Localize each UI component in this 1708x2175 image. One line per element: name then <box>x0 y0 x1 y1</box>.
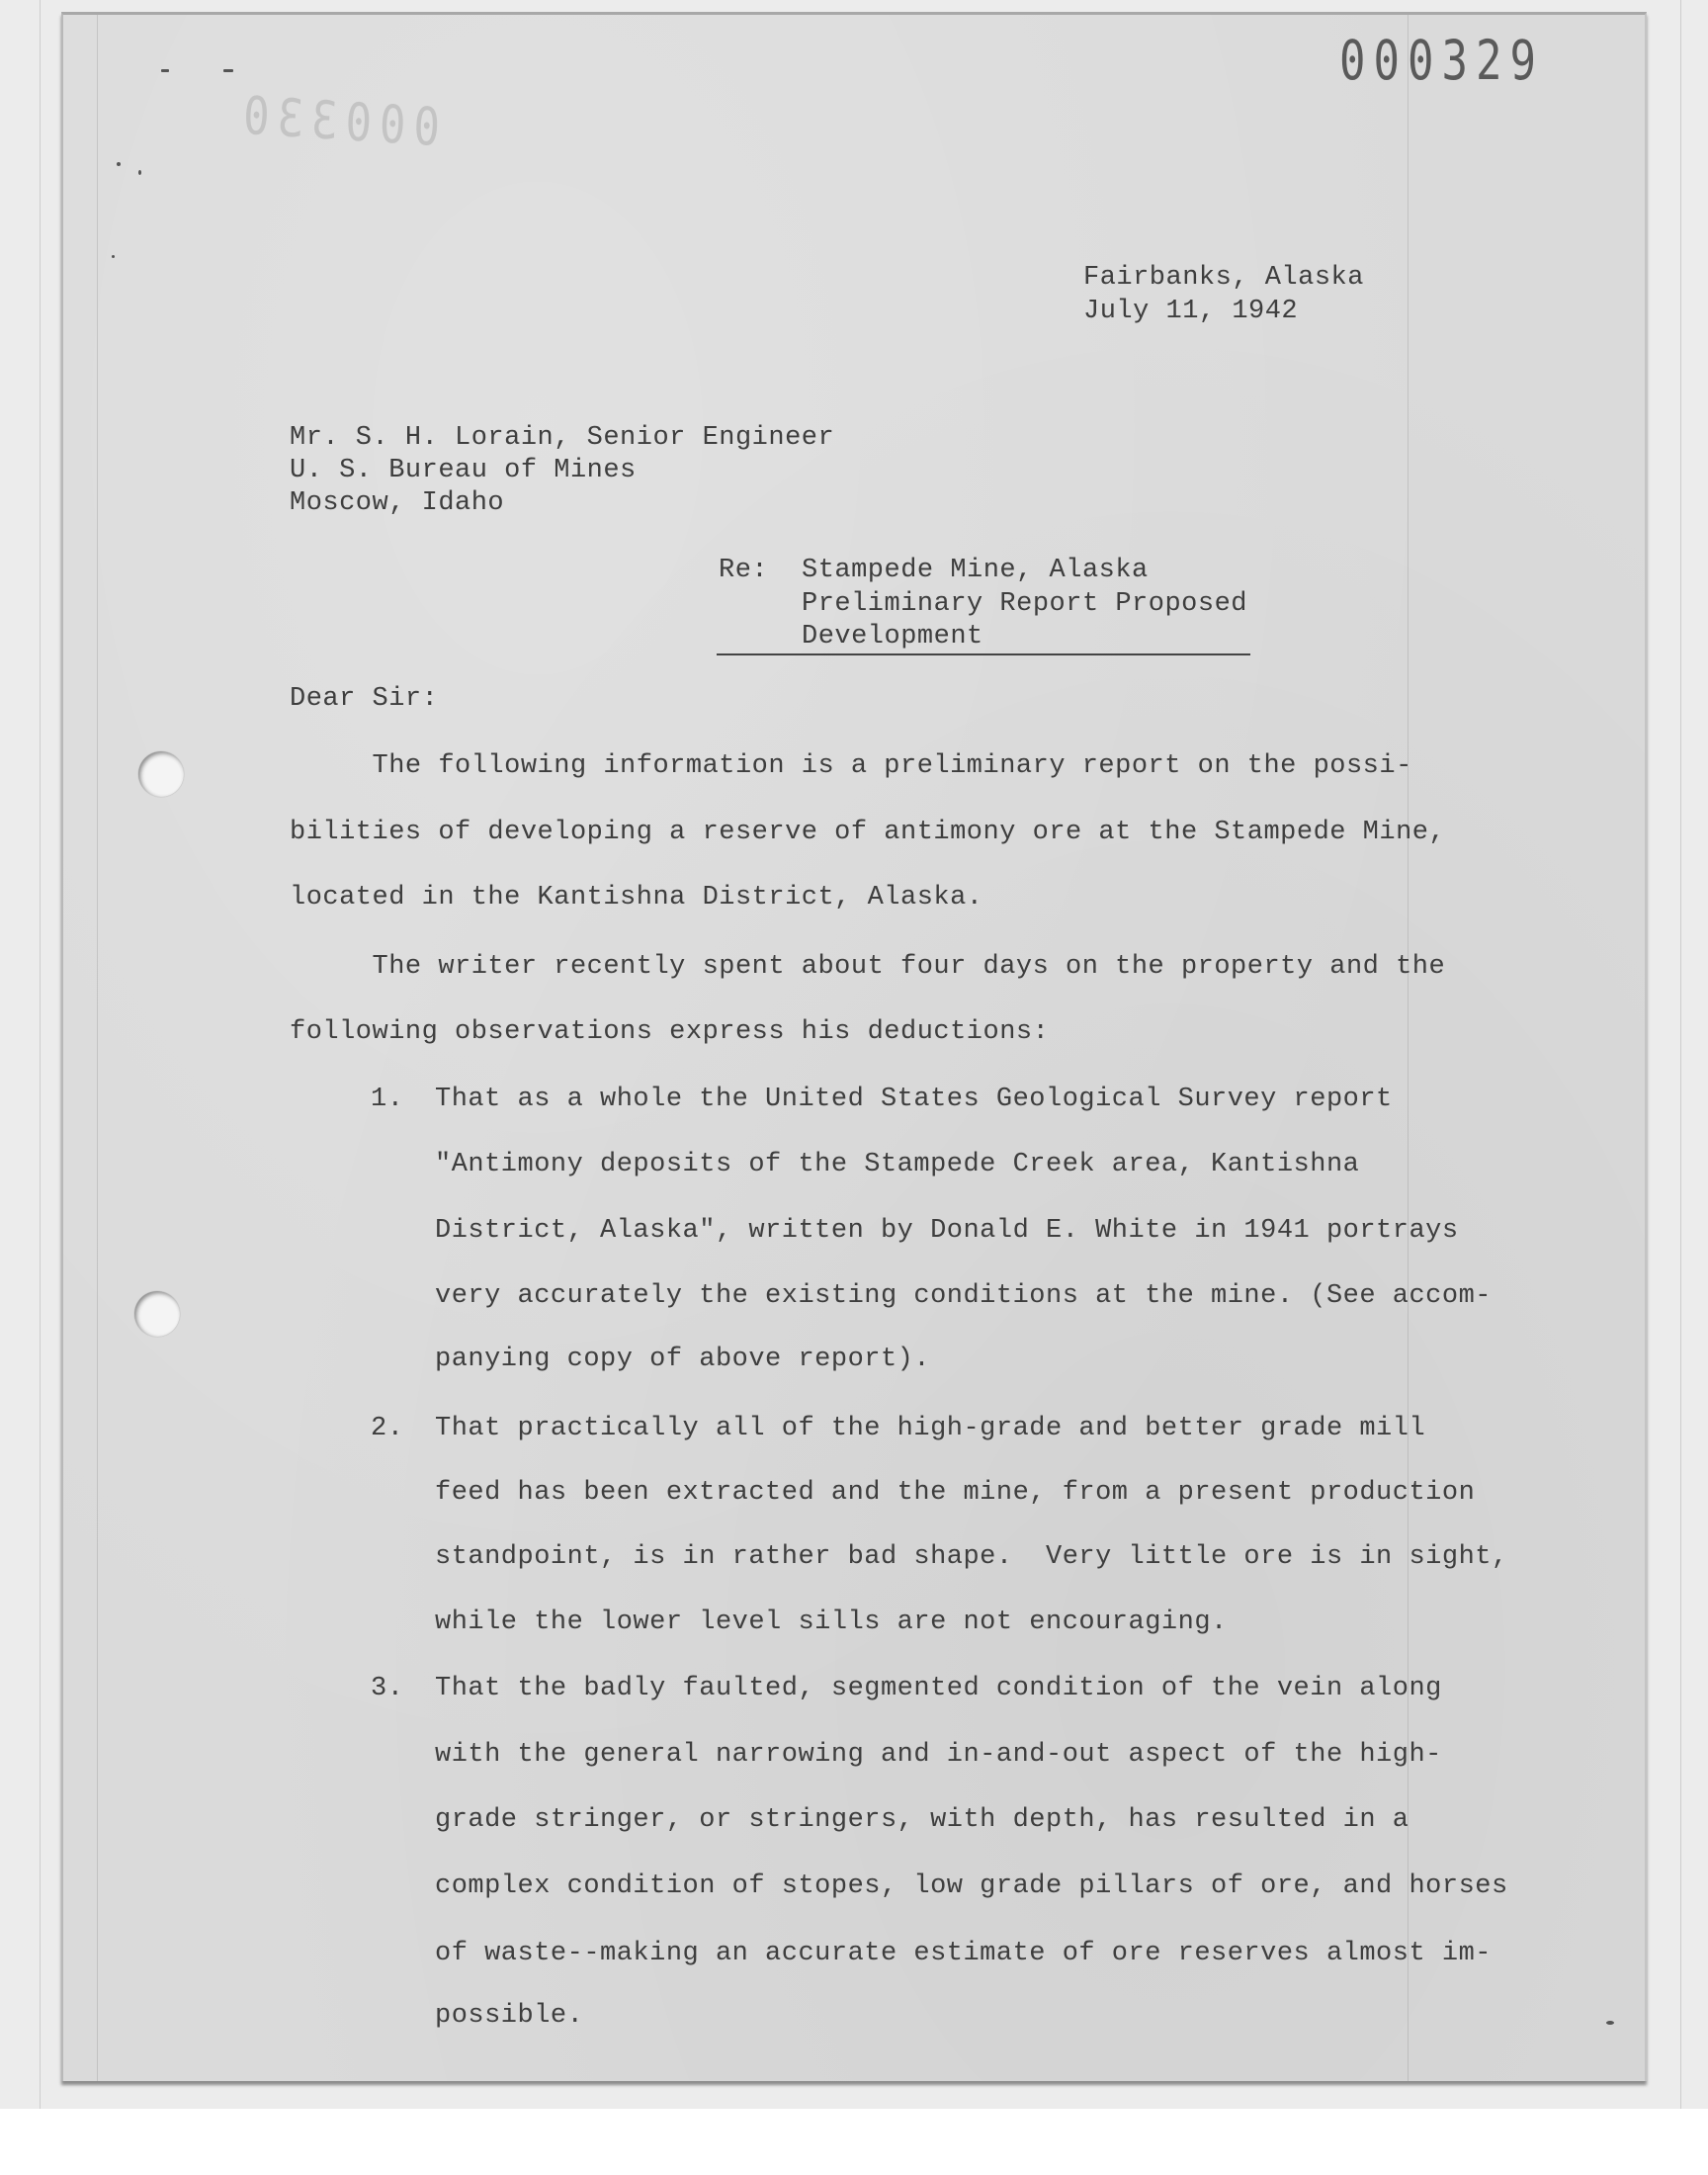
item-2-line: That practically all of the high-grade a… <box>435 1416 1425 1442</box>
salutation: Dear Sir: <box>290 686 438 713</box>
item-3-line: complex condition of stopes, low grade p… <box>435 1873 1508 1900</box>
paragraph-1-line: The following information is a prelimina… <box>290 753 1412 780</box>
paragraph-1-line: bilities of developing a reserve of anti… <box>290 820 1445 846</box>
ink-speck <box>1606 2021 1614 2025</box>
ink-speck <box>112 255 115 258</box>
punch-hole-icon <box>134 1291 180 1337</box>
item-1-number: 1. <box>371 1087 403 1113</box>
punch-hole-icon <box>138 751 184 797</box>
subject-underline <box>717 653 1250 655</box>
paragraph-2-line: The writer recently spent about four day… <box>290 954 1445 981</box>
letter-date: July 11, 1942 <box>1083 299 1298 325</box>
paragraph-2-line: following observations express his deduc… <box>290 1019 1049 1046</box>
recipient-line-2: U. S. Bureau of Mines <box>290 458 637 484</box>
scan-artifact-line <box>1680 0 1681 2109</box>
ink-speck <box>138 170 141 175</box>
item-3-line: That the badly faulted, segmented condit… <box>435 1676 1442 1702</box>
subject-line-1: Stampede Mine, Alaska <box>802 558 1149 584</box>
scan-artifact-line <box>40 0 41 2109</box>
subject-label: Re: <box>719 558 768 584</box>
subject-line-2: Preliminary Report Proposed <box>802 591 1247 618</box>
item-3-line: of waste--making an accurate estimate of… <box>435 1941 1492 1967</box>
letter-place: Fairbanks, Alaska <box>1083 265 1364 292</box>
scan-artifact-line <box>1408 15 1409 2081</box>
scan-artifact-line <box>97 15 98 2081</box>
item-3-line: grade stringer, or stringers, with depth… <box>435 1807 1409 1834</box>
item-3-number: 3. <box>371 1676 403 1702</box>
paragraph-1-line: located in the Kantishna District, Alask… <box>290 885 983 912</box>
ink-speck <box>117 162 121 166</box>
page-number-stamp: 000329 <box>1339 30 1544 93</box>
item-1-line: That as a whole the United States Geolog… <box>435 1087 1393 1113</box>
item-3-line: possible. <box>435 2003 583 2030</box>
ink-mark <box>161 69 169 72</box>
item-2-line: feed has been extracted and the mine, fr… <box>435 1480 1475 1507</box>
item-1-line: panying copy of above report). <box>435 1347 930 1373</box>
bleed-through-stamp: 000330 <box>241 86 441 159</box>
item-1-line: "Antimony deposits of the Stampede Creek… <box>435 1152 1359 1178</box>
item-3-line: with the general narrowing and in-and-ou… <box>435 1742 1442 1769</box>
subject-line-3: Development <box>802 624 983 651</box>
item-2-number: 2. <box>371 1416 403 1442</box>
ink-mark <box>223 69 233 72</box>
item-2-line: standpoint, is in rather bad shape. Very… <box>435 1544 1508 1571</box>
item-1-line: very accurately the existing conditions … <box>435 1283 1492 1310</box>
item-1-line: District, Alaska", written by Donald E. … <box>435 1218 1459 1245</box>
recipient-line-1: Mr. S. H. Lorain, Senior Engineer <box>290 425 834 452</box>
recipient-line-3: Moscow, Idaho <box>290 490 504 517</box>
item-2-line: while the lower level sills are not enco… <box>435 1609 1228 1636</box>
